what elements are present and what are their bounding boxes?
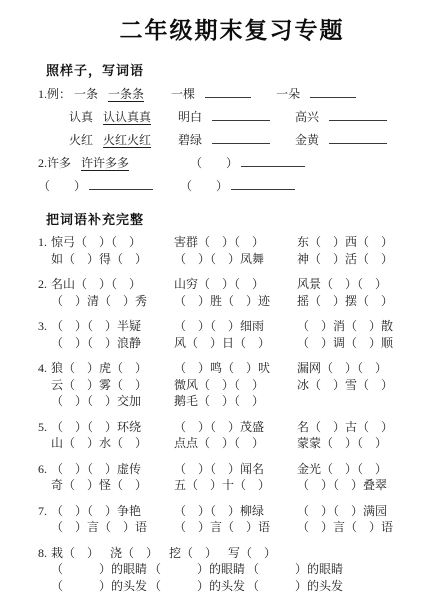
- fill-item-line: （ ）的头发（ ）的头发（ ）的头发: [38, 579, 426, 594]
- item-number: 7.: [38, 504, 51, 519]
- row-number: 2.: [38, 156, 47, 170]
- phrase-segment: （ ）的眼睛: [149, 562, 245, 577]
- phrase-segment: （ ）（ ）细雨: [174, 319, 295, 334]
- phrase-segment: （ ）的头发: [51, 579, 147, 594]
- fill-item-line: （ ）的眼睛（ ）的眼睛（ ）的眼睛: [38, 562, 426, 577]
- fill-item-line: （ ）清（ ）秀（ ）胜（ ）迹摇（ ）摆（ ）: [38, 294, 426, 309]
- phrase-segment: （ ）的头发: [247, 579, 343, 594]
- answer-blank: [212, 132, 270, 144]
- example-row-1: 1.例： 一条 一条条 一棵 一朵: [38, 86, 426, 101]
- phrase-segment: （ ）（ ）茂盛: [174, 420, 295, 435]
- fill-item-6: 6.（ ）（ ）虚传（ ）（ ）闻名金光（ ）（ ）奇（ ）怪（ ）五（ ）十（…: [38, 462, 426, 493]
- example-row-3: 火红 火红火红 碧绿 金黄: [38, 132, 426, 147]
- prompt-word: 许多: [47, 156, 71, 170]
- phrase-segment: 风景（ ）（ ）: [297, 277, 418, 292]
- row-number: 1.例：: [38, 87, 71, 101]
- prompt-word: 一朵: [276, 87, 300, 101]
- answer-blank: [329, 109, 387, 121]
- phrase-segment: 神（ ）活（ ）: [297, 252, 418, 267]
- fill-item-line: （ ）言（ ）语（ ）言（ ）语（ ）言（ ）语: [38, 520, 426, 535]
- section-heading-copy-words: 照样子，写词语: [46, 60, 426, 79]
- fill-section-items: 1.惊弓（ ）（ ）害群（ ）（ ）东（ ）西（ ）如（ ）得（ ）（ ）（ ）…: [38, 235, 426, 593]
- phrase-segment: 东（ ）西（ ）: [297, 235, 418, 250]
- phrase-segment: 风（ ）日（ ）: [174, 336, 295, 351]
- item-number: 8.: [38, 546, 51, 561]
- example-answer: 许许多多: [81, 156, 129, 170]
- prompt-word: 一条: [74, 87, 98, 101]
- phrase-segment: （ ）言（ ）语: [297, 520, 418, 535]
- fill-item-line: 7.（ ）（ ）争艳（ ）（ ）柳绿（ ）（ ）满园: [38, 504, 426, 519]
- fill-item-7: 7.（ ）（ ）争艳（ ）（ ）柳绿（ ）（ ）满园（ ）言（ ）语（ ）言（ …: [38, 504, 426, 535]
- phrase-segment: （ ）的眼睛: [247, 562, 343, 577]
- fill-item-line: 6.（ ）（ ）虚传（ ）（ ）闻名金光（ ）（ ）: [38, 462, 426, 477]
- phrase-segment: （ ）（ ）满园: [297, 504, 418, 519]
- phrase-segment: （ ）的眼睛: [51, 562, 147, 577]
- phrase-segment: （ ）（ ）浪静: [51, 336, 172, 351]
- phrase-segment: 山（ ）水（ ）: [51, 436, 172, 451]
- answer-blank: [89, 178, 153, 190]
- fill-item-8: 8.栽（ ）浇（ ）挖（ ）写（ ）（ ）的眼睛（ ）的眼睛（ ）的眼睛（ ）的…: [38, 546, 426, 594]
- phrase-segment: （ ）言（ ）语: [174, 520, 295, 535]
- phrase-segment: （ ）（ ）半疑: [51, 319, 172, 334]
- phrase-segment: 鹅毛（ ）（ ）: [174, 394, 295, 409]
- phrase-segment: 微风（ ）（ ）: [174, 378, 295, 393]
- example-row-5: （ ） （ ）: [38, 178, 426, 193]
- phrase-segment: 名（ ）古（ ）: [297, 420, 418, 435]
- paren-blank: （ ）: [180, 179, 228, 193]
- phrase-segment: 害群（ ）（ ）: [174, 235, 295, 250]
- fill-item-line: 5.（ ）（ ）环绕（ ）（ ）茂盛名（ ）古（ ）: [38, 420, 426, 435]
- answer-blank: [310, 86, 356, 98]
- phrase-segment: （ ）消（ ）散: [297, 319, 418, 334]
- example-answer: 认认真真: [103, 110, 151, 124]
- fill-item-line: 山（ ）水（ ）点点（ ）（ ）蒙蒙（ ）（ ）: [38, 436, 426, 451]
- item-number: 4.: [38, 361, 51, 376]
- phrase-segment: （ ）胜（ ）迹: [174, 294, 295, 309]
- phrase-segment: 如（ ）得（ ）: [51, 252, 172, 267]
- answer-blank: [231, 178, 295, 190]
- phrase-segment: 栽（ ）: [51, 546, 108, 561]
- phrase-segment: （ ）（ ）虚传: [51, 462, 172, 477]
- fill-item-line: 2.名山（ ）（ ）山穷（ ）（ ）风景（ ）（ ）: [38, 277, 426, 292]
- phrase-segment: （ ）（ ）凤舞: [174, 252, 295, 267]
- phrase-segment: 写（ ）: [228, 546, 285, 561]
- page-title: 二年级期末复习专题: [38, 12, 426, 45]
- phrase-segment: 名山（ ）（ ）: [51, 277, 172, 292]
- answer-blank: [212, 109, 270, 121]
- phrase-segment: （ ）调（ ）顺: [297, 336, 418, 351]
- item-number: 5.: [38, 420, 51, 435]
- item-number: 2.: [38, 277, 51, 292]
- phrase-segment: （ ）（ ）叠翠: [297, 478, 418, 493]
- phrase-segment: （ ）（ ）争艳: [51, 504, 172, 519]
- item-number: 1.: [38, 235, 51, 250]
- fill-item-5: 5.（ ）（ ）环绕（ ）（ ）茂盛名（ ）古（ ）山（ ）水（ ）点点（ ）（…: [38, 420, 426, 451]
- phrase-segment: （ ）清（ ）秀: [51, 294, 172, 309]
- phrase-segment: 金光（ ）（ ）: [297, 462, 418, 477]
- fill-item-line: 4.狼（ ）虎（ ）（ ）鸣（ ）吠漏网（ ）（ ）: [38, 361, 426, 376]
- phrase-segment: 漏网（ ）（ ）: [297, 361, 418, 376]
- phrase-segment: （ ）的头发: [149, 579, 245, 594]
- phrase-segment: 冰（ ）雪（ ）: [297, 378, 418, 393]
- answer-blank: [329, 132, 387, 144]
- phrase-segment: （ ）鸣（ ）吠: [174, 361, 295, 376]
- phrase-segment: 挖（ ）: [169, 546, 226, 561]
- fill-item-2: 2.名山（ ）（ ）山穷（ ）（ ）风景（ ）（ ）（ ）清（ ）秀（ ）胜（ …: [38, 277, 426, 308]
- fill-item-line: 奇（ ）怪（ ）五（ ）十（ ）（ ）（ ）叠翠: [38, 478, 426, 493]
- phrase-segment: 山穷（ ）（ ）: [174, 277, 295, 292]
- phrase-segment: 奇（ ）怪（ ）: [51, 478, 172, 493]
- phrase-segment: （ ）（ ）交加: [51, 394, 172, 409]
- phrase-segment: 云（ ）雾（ ）: [51, 378, 172, 393]
- answer-blank: [205, 86, 251, 98]
- paren-blank: （ ）: [190, 156, 238, 170]
- item-number: 6.: [38, 462, 51, 477]
- prompt-word: 认真: [69, 110, 93, 124]
- phrase-segment: （ ）（ ）环绕: [51, 420, 172, 435]
- worksheet-page: 二年级期末复习专题 照样子，写词语 1.例： 一条 一条条 一棵 一朵 认真 认…: [0, 0, 446, 600]
- example-row-2: 认真 认认真真 明白 高兴: [38, 109, 426, 124]
- fill-item-line: 1.惊弓（ ）（ ）害群（ ）（ ）东（ ）西（ ）: [38, 235, 426, 250]
- phrase-segment: （ ）（ ）闻名: [174, 462, 295, 477]
- prompt-word: 碧绿: [178, 133, 202, 147]
- fill-item-line: 8.栽（ ）浇（ ）挖（ ）写（ ）: [38, 546, 426, 561]
- fill-item-3: 3.（ ）（ ）半疑（ ）（ ）细雨（ ）消（ ）散（ ）（ ）浪静风（ ）日（…: [38, 319, 426, 350]
- answer-blank: [241, 155, 305, 167]
- prompt-word: 火红: [69, 133, 93, 147]
- paren-blank: （ ）: [38, 179, 86, 193]
- prompt-word: 高兴: [295, 110, 319, 124]
- phrase-segment: 蒙蒙（ ）（ ）: [297, 436, 418, 451]
- example-answer: 一条条: [108, 87, 144, 101]
- item-number: 3.: [38, 319, 51, 334]
- phrase-segment: 浇（ ）: [110, 546, 167, 561]
- prompt-word: 金黄: [295, 133, 319, 147]
- phrase-segment: 点点（ ）（ ）: [174, 436, 295, 451]
- section-heading-complete-words: 把词语补充完整: [46, 209, 426, 228]
- phrase-segment: （ ）（ ）柳绿: [174, 504, 295, 519]
- example-answer: 火红火红: [103, 133, 151, 147]
- fill-item-line: 云（ ）雾（ ）微风（ ）（ ）冰（ ）雪（ ）: [38, 378, 426, 393]
- phrase-segment: 五（ ）十（ ）: [174, 478, 295, 493]
- fill-item-4: 4.狼（ ）虎（ ）（ ）鸣（ ）吠漏网（ ）（ ）云（ ）雾（ ）微风（ ）（…: [38, 361, 426, 409]
- phrase-segment: 摇（ ）摆（ ）: [297, 294, 418, 309]
- fill-item-line: （ ）（ ）浪静风（ ）日（ ）（ ）调（ ）顺: [38, 336, 426, 351]
- fill-item-line: （ ）（ ）交加鹅毛（ ）（ ）: [38, 394, 426, 409]
- phrase-segment: （ ）言（ ）语: [51, 520, 172, 535]
- prompt-word: 一棵: [171, 87, 195, 101]
- fill-item-line: 3.（ ）（ ）半疑（ ）（ ）细雨（ ）消（ ）散: [38, 319, 426, 334]
- phrase-segment: 惊弓（ ）（ ）: [51, 235, 172, 250]
- phrase-segment: 狼（ ）虎（ ）: [51, 361, 172, 376]
- prompt-word: 明白: [178, 110, 202, 124]
- fill-item-line: 如（ ）得（ ）（ ）（ ）凤舞神（ ）活（ ）: [38, 252, 426, 267]
- fill-item-1: 1.惊弓（ ）（ ）害群（ ）（ ）东（ ）西（ ）如（ ）得（ ）（ ）（ ）…: [38, 235, 426, 266]
- example-row-4: 2.许多 许许多多 （ ）: [38, 155, 426, 170]
